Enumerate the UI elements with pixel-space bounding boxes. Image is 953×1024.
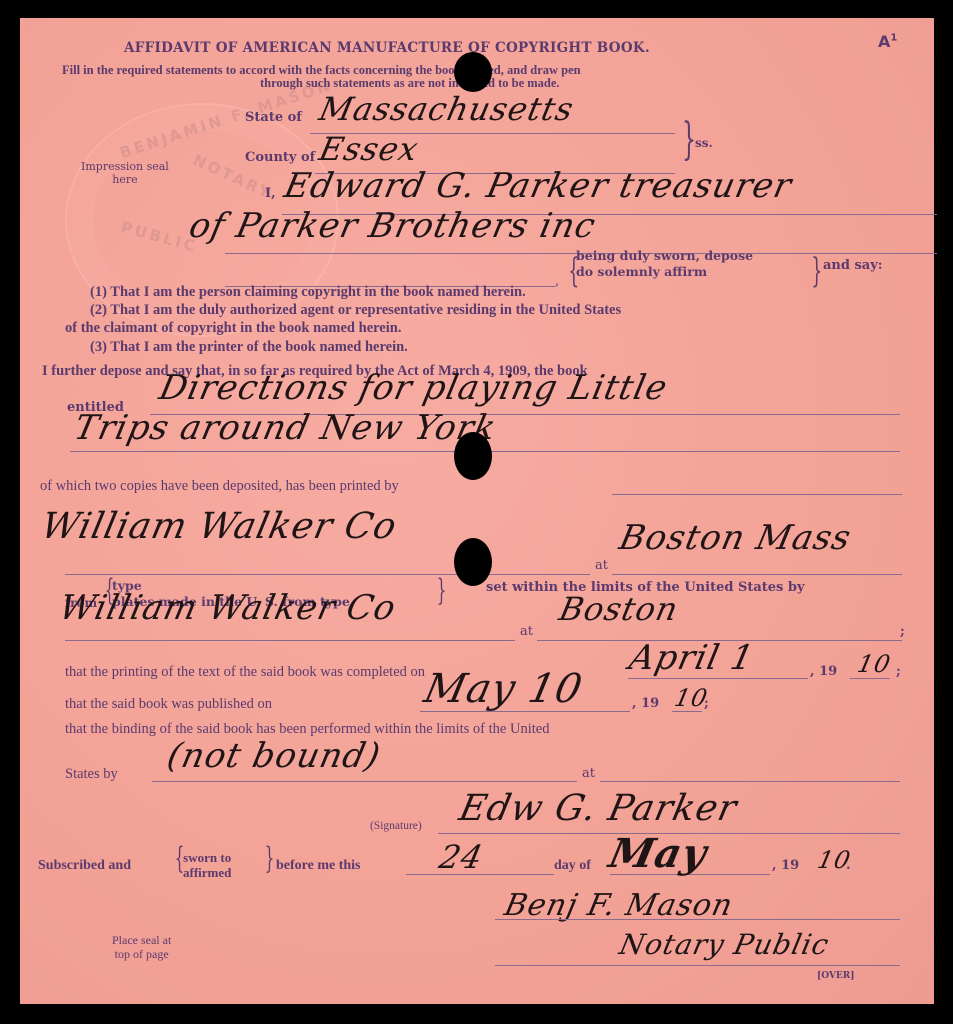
clause-2b: of the claimant of copyright in the book… (65, 320, 401, 337)
signature-label: (Signature) (370, 820, 422, 832)
day-value: 24 (436, 838, 487, 876)
typesetter-value: William Walker Co (56, 588, 400, 628)
and-say-label: and say: (823, 258, 883, 273)
form-code: A1 (878, 32, 897, 51)
states-by-label: States by (65, 766, 118, 783)
oath-options: being duly sworn, depose do solemnly aff… (576, 248, 753, 280)
punch-hole-bottom (454, 538, 492, 586)
printing-completed-year: 10 (855, 650, 893, 678)
punch-hole-middle (454, 432, 492, 480)
completed-date-line (628, 678, 808, 679)
published-text: that the said book was published on (65, 696, 272, 713)
affiant-company: of Parker Brothers inc (186, 206, 600, 246)
county-label: County of (245, 150, 315, 165)
printer-location: Boston Mass (616, 518, 855, 558)
seal-label: Impression seal here (81, 160, 169, 186)
typesetter-at-label: at (520, 624, 533, 639)
affidavit-form: BENJAMIN F. MASON NOTARY PUBLIC AFFIDAVI… (20, 18, 934, 1004)
printing-completed-text: that the printing of the text of the sai… (65, 664, 425, 681)
printer-line (65, 574, 590, 575)
oath-option-affirm: do solemnly affirm (576, 264, 753, 280)
state-value: Massachusetts (316, 90, 577, 128)
binder-value: (not bound) (164, 736, 385, 776)
day-line (406, 874, 554, 875)
day-of-label: day of (554, 858, 591, 874)
clause-3: (3) That I am the printer of the book na… (90, 339, 408, 356)
typesetter-line (65, 640, 515, 641)
place-seal-note: Place seal at top of page (112, 933, 171, 961)
notary-title-line (495, 965, 900, 966)
published-date: May 10 (420, 666, 587, 712)
instructions-line2: through such statements as are not inten… (260, 76, 560, 91)
printed-by-line (612, 494, 902, 495)
venue-brace: } (682, 118, 696, 162)
state-label: State of (245, 110, 302, 125)
printer-value: William Walker Co (38, 506, 401, 547)
form-title: AFFIDAVIT OF AMERICAN MANUFACTURE OF COP… (124, 40, 650, 56)
clause-2a: (2) That I am the duly authorized agent … (90, 302, 621, 319)
notary-signature-line (495, 919, 900, 920)
typesetter-location: Boston (556, 590, 682, 628)
ss-label: ss. (695, 136, 713, 150)
printer-location-line (612, 574, 902, 575)
printer-at-label: at (595, 558, 608, 573)
sworn-option-affirmed: affirmed (183, 865, 231, 880)
county-value: Essex (316, 130, 422, 168)
clause-1: (1) That I am the person claiming copyri… (90, 284, 526, 301)
affiant-name: Edward G. Parker treasurer (281, 166, 796, 206)
oath-option-depose: being duly sworn, depose (576, 248, 753, 264)
subscribed-label: Subscribed and (38, 858, 131, 874)
over-label: [OVER] (817, 971, 855, 981)
printing-completed-date: April 1 (626, 638, 758, 678)
book-title-line1: Directions for playing Little (156, 368, 672, 408)
binder-at-label: at (582, 766, 595, 781)
notary-title: Notary Public (616, 928, 832, 961)
book-title-line2: Trips around New York (71, 408, 500, 448)
before-me-label: before me this (276, 858, 361, 874)
oath-brace-right: } (811, 254, 822, 288)
month-value: May (605, 830, 711, 877)
signature-value: Edw G. Parker (456, 788, 741, 829)
binder-location-line (600, 781, 900, 782)
deposited-text: of which two copies have been deposited,… (40, 478, 399, 495)
binder-line (152, 781, 577, 782)
notary-signature: Benj F. Mason (501, 888, 736, 923)
sworn-option-sworn: sworn to (183, 850, 231, 865)
sworn-options: sworn to affirmed (183, 850, 231, 880)
affiant-prefix: I, (265, 186, 276, 201)
punch-hole-top (454, 52, 492, 92)
